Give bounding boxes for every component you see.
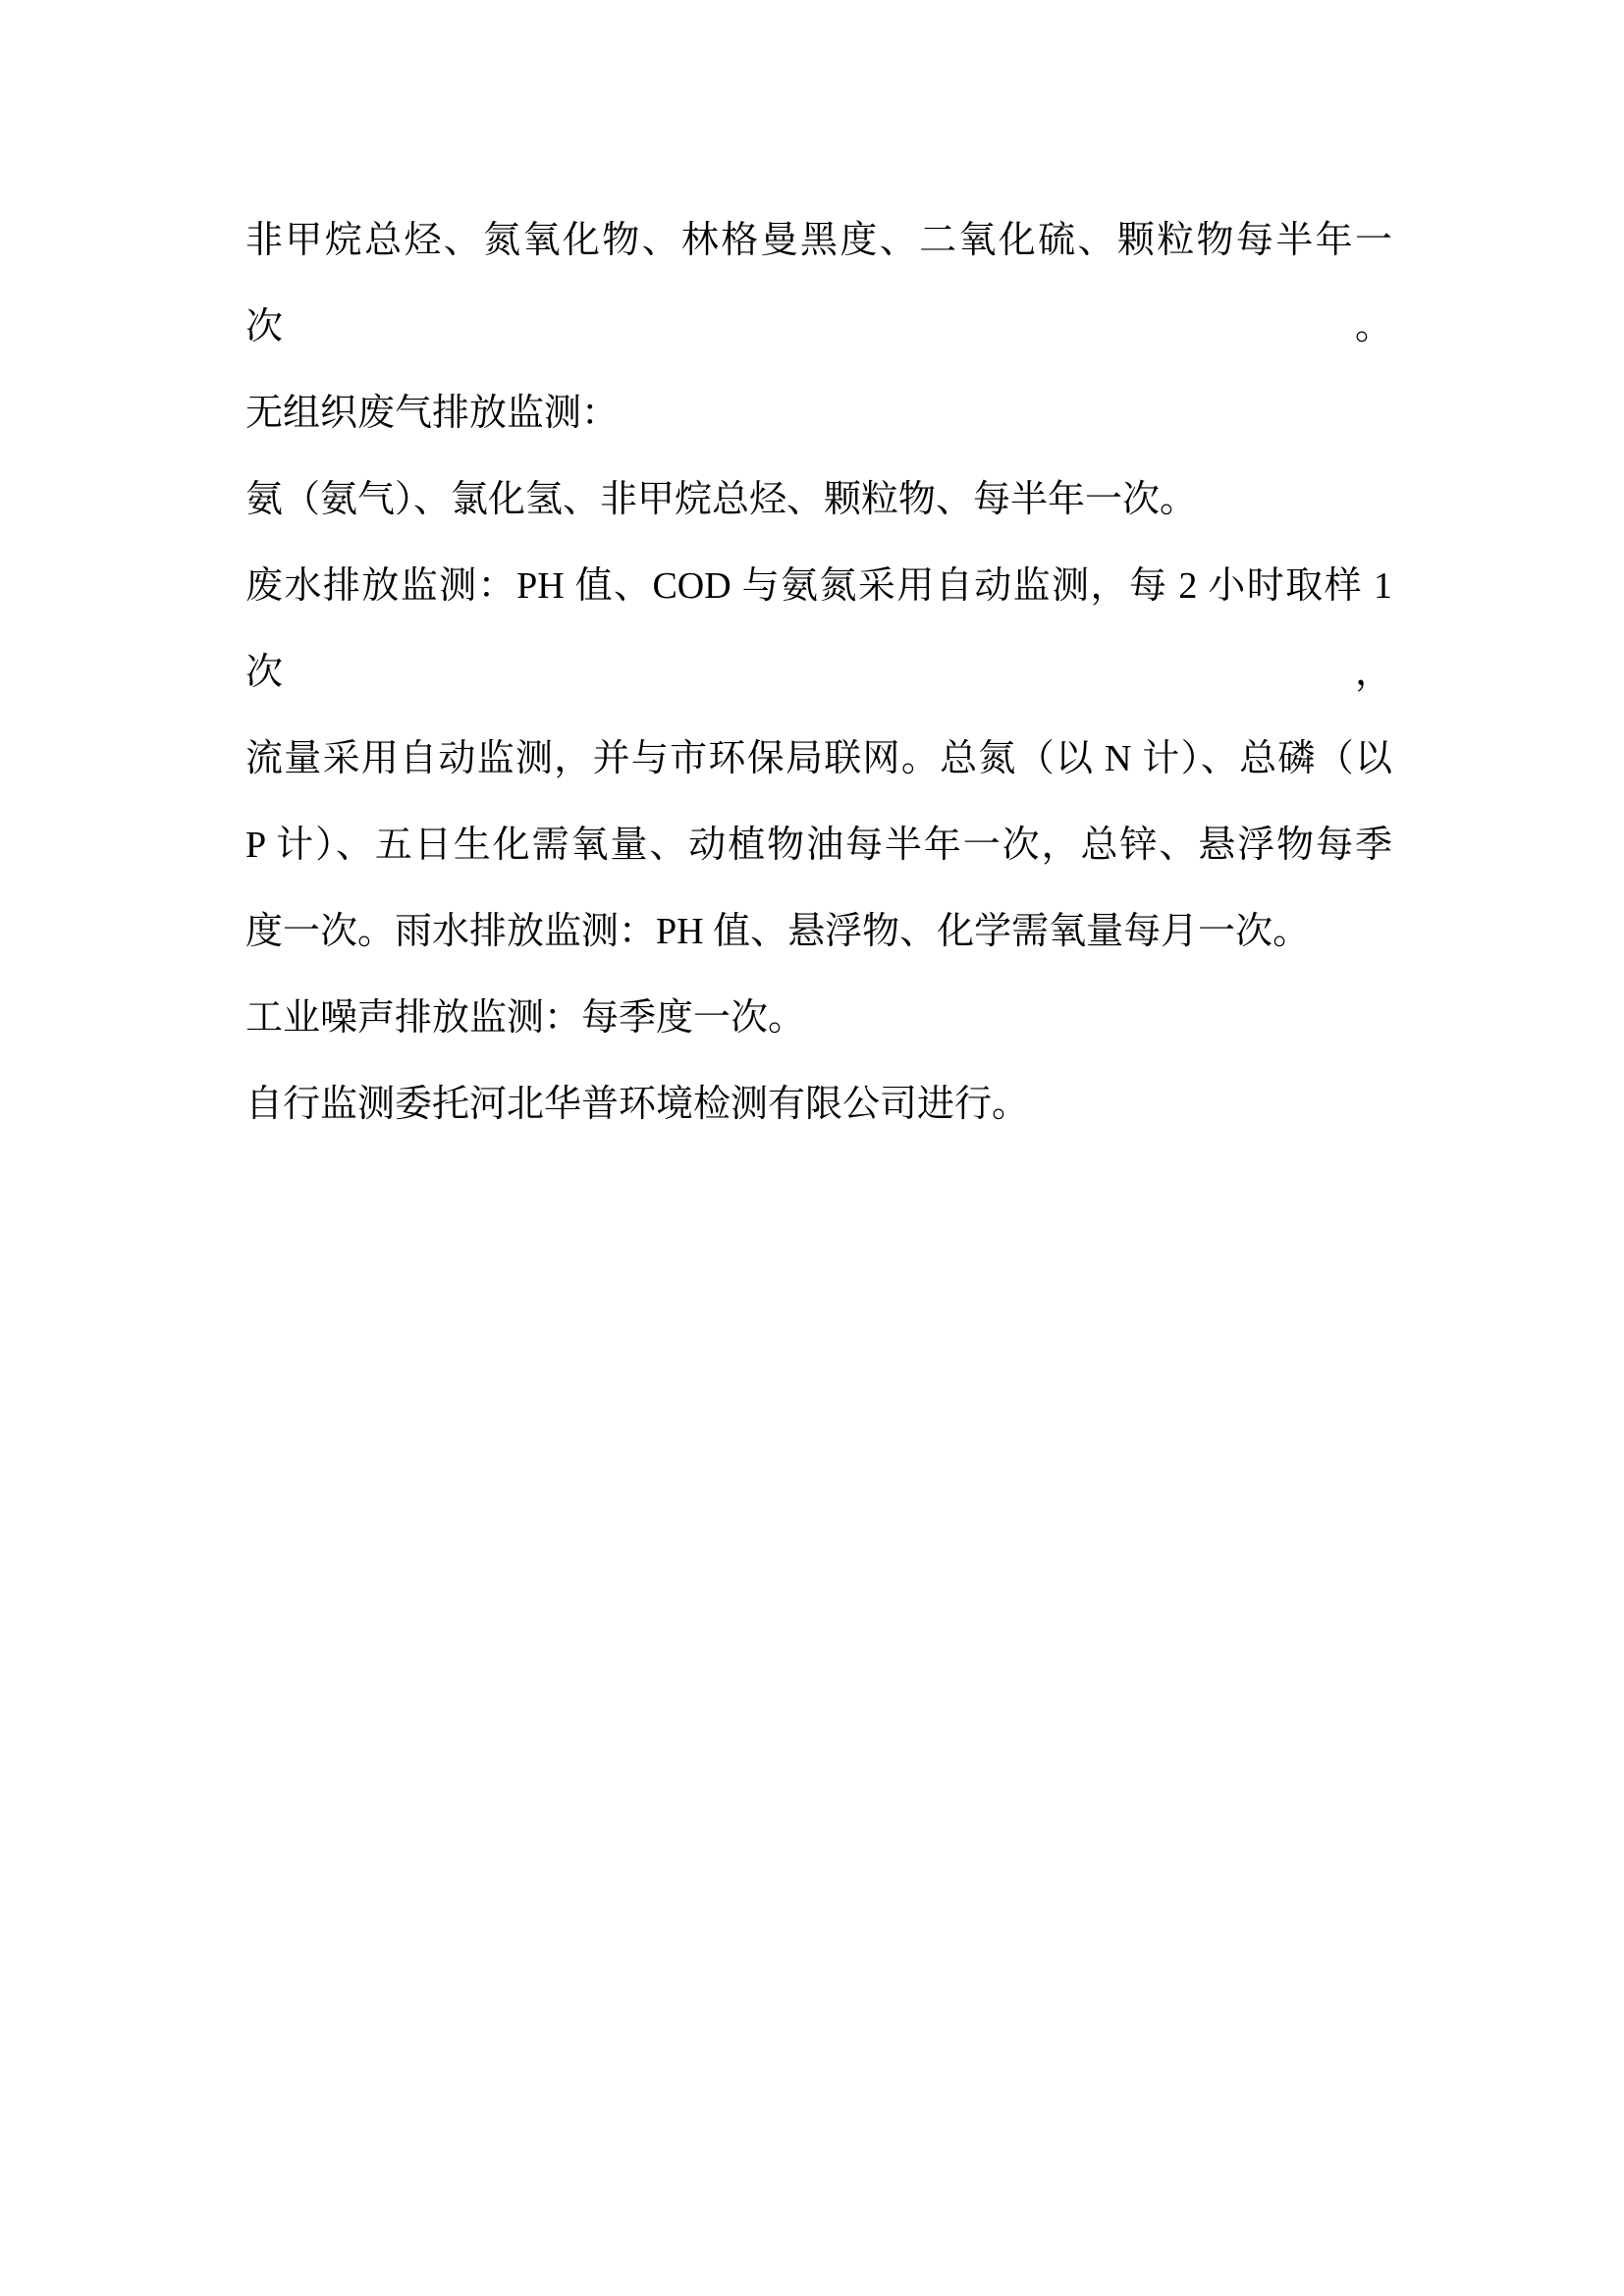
text-line-2: 无组织废气排放监测： [245,370,1392,456]
body-text: 非甲烷总烃、氮氧化物、林格曼黑度、二氧化硫、颗粒物每半年一次。 无组织废气排放监… [245,197,1392,1148]
text-line-4: 废水排放监测：PH 值、COD 与氨氮采用自动监测，每 2 小时取样 1 次， [245,543,1392,716]
text-line-5: 流量采用自动监测，并与市环保局联网。总氮（以 N 计）、总磷（以 [245,716,1392,802]
text-line-9: 自行监测委托河北华普环境检测有限公司进行。 [245,1061,1392,1148]
document-page: 非甲烷总烃、氮氧化物、林格曼黑度、二氧化硫、颗粒物每半年一次。 无组织废气排放监… [0,0,1624,2296]
text-line-8: 工业噪声排放监测：每季度一次。 [245,975,1392,1061]
text-line-7: 度一次。雨水排放监测：PH 值、悬浮物、化学需氧量每月一次。 [245,888,1392,975]
text-line-6: P 计）、五日生化需氧量、动植物油每半年一次，总锌、悬浮物每季 [245,802,1392,888]
text-line-1: 非甲烷总烃、氮氧化物、林格曼黑度、二氧化硫、颗粒物每半年一次。 [245,197,1392,370]
text-line-3: 氨（氨气）、氯化氢、非甲烷总烃、颗粒物、每半年一次。 [245,456,1392,543]
